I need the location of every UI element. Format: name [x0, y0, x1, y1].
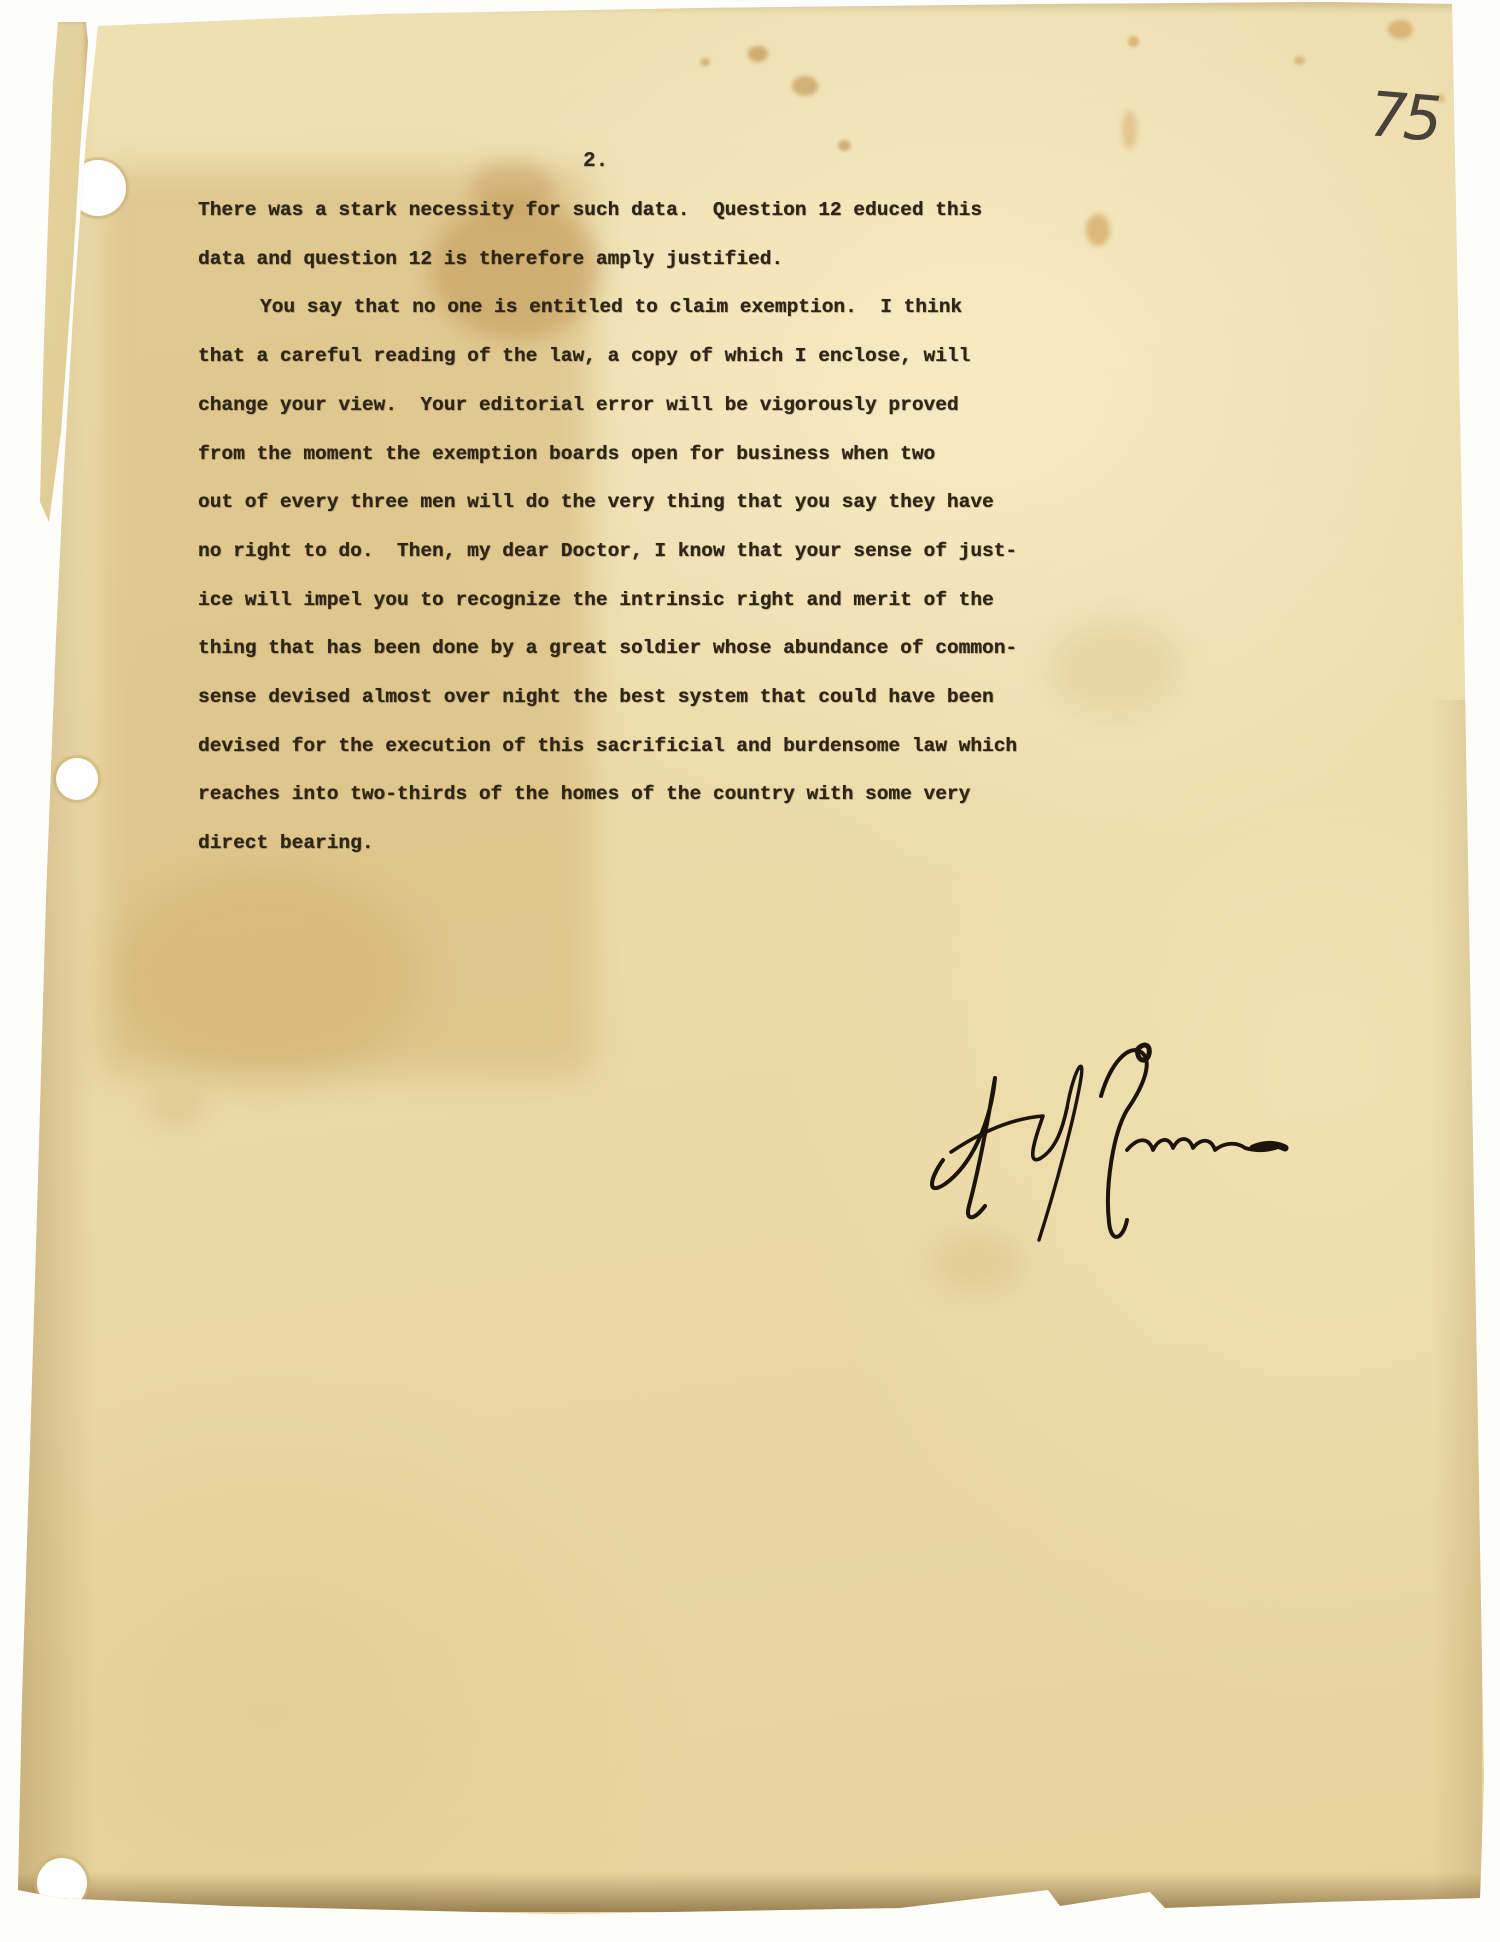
stain-blob — [1122, 110, 1137, 150]
stain-blob — [1388, 20, 1413, 39]
stain-blob — [838, 140, 851, 151]
stain-blob — [115, 870, 415, 1080]
letter-line: devised for the execution of this sacrif… — [198, 722, 1098, 771]
stain-blob — [1294, 56, 1305, 65]
letter-line: reaches into two-thirds of the homes of … — [198, 770, 1098, 819]
punch-hole — [56, 758, 98, 800]
punch-hole — [37, 1858, 87, 1908]
letter-page: 2. 75 There was a stark necessity for su… — [0, 0, 1500, 1942]
stain-blob — [792, 76, 818, 96]
pencil-annotation: 75 — [1360, 77, 1447, 155]
scan-artifact — [394, 2, 404, 9]
stain-blob — [1128, 36, 1139, 47]
letter-line: out of every three men will do the very … — [198, 478, 1098, 527]
letter-line: ice will impel you to recognize the intr… — [198, 576, 1098, 625]
letter-line: direct bearing. — [198, 819, 1098, 868]
letter-line: There was a stark necessity for such dat… — [198, 186, 1098, 235]
letter-line: no right to do. Then, my dear Doctor, I … — [198, 527, 1098, 576]
letter-line: thing that has been done by a great sold… — [198, 624, 1098, 673]
stain-blob — [748, 46, 768, 62]
letter-line: sense devised almost over night the best… — [198, 673, 1098, 722]
stain-blob — [145, 1085, 205, 1127]
letter-line: data and question 12 is therefore amply … — [198, 235, 1098, 284]
letter-line: that a careful reading of the law, a cop… — [198, 332, 1098, 381]
stain-blob — [700, 58, 710, 66]
paper-edge-shadow-right — [1432, 700, 1482, 1900]
scan-artifact — [516, 1932, 532, 1938]
signature — [915, 1000, 1295, 1260]
paper-edge-shadow-bottom — [10, 1872, 1488, 1912]
letter-line: You say that no one is entitled to claim… — [198, 283, 1098, 332]
paper-edge-shadow-top — [90, 0, 1460, 14]
letter-body: There was a stark necessity for such dat… — [198, 186, 1098, 868]
letter-line: change your view. Your editorial error w… — [198, 381, 1098, 430]
page-number: 2. — [583, 150, 608, 173]
letter-line: from the moment the exemption boards ope… — [198, 430, 1098, 479]
